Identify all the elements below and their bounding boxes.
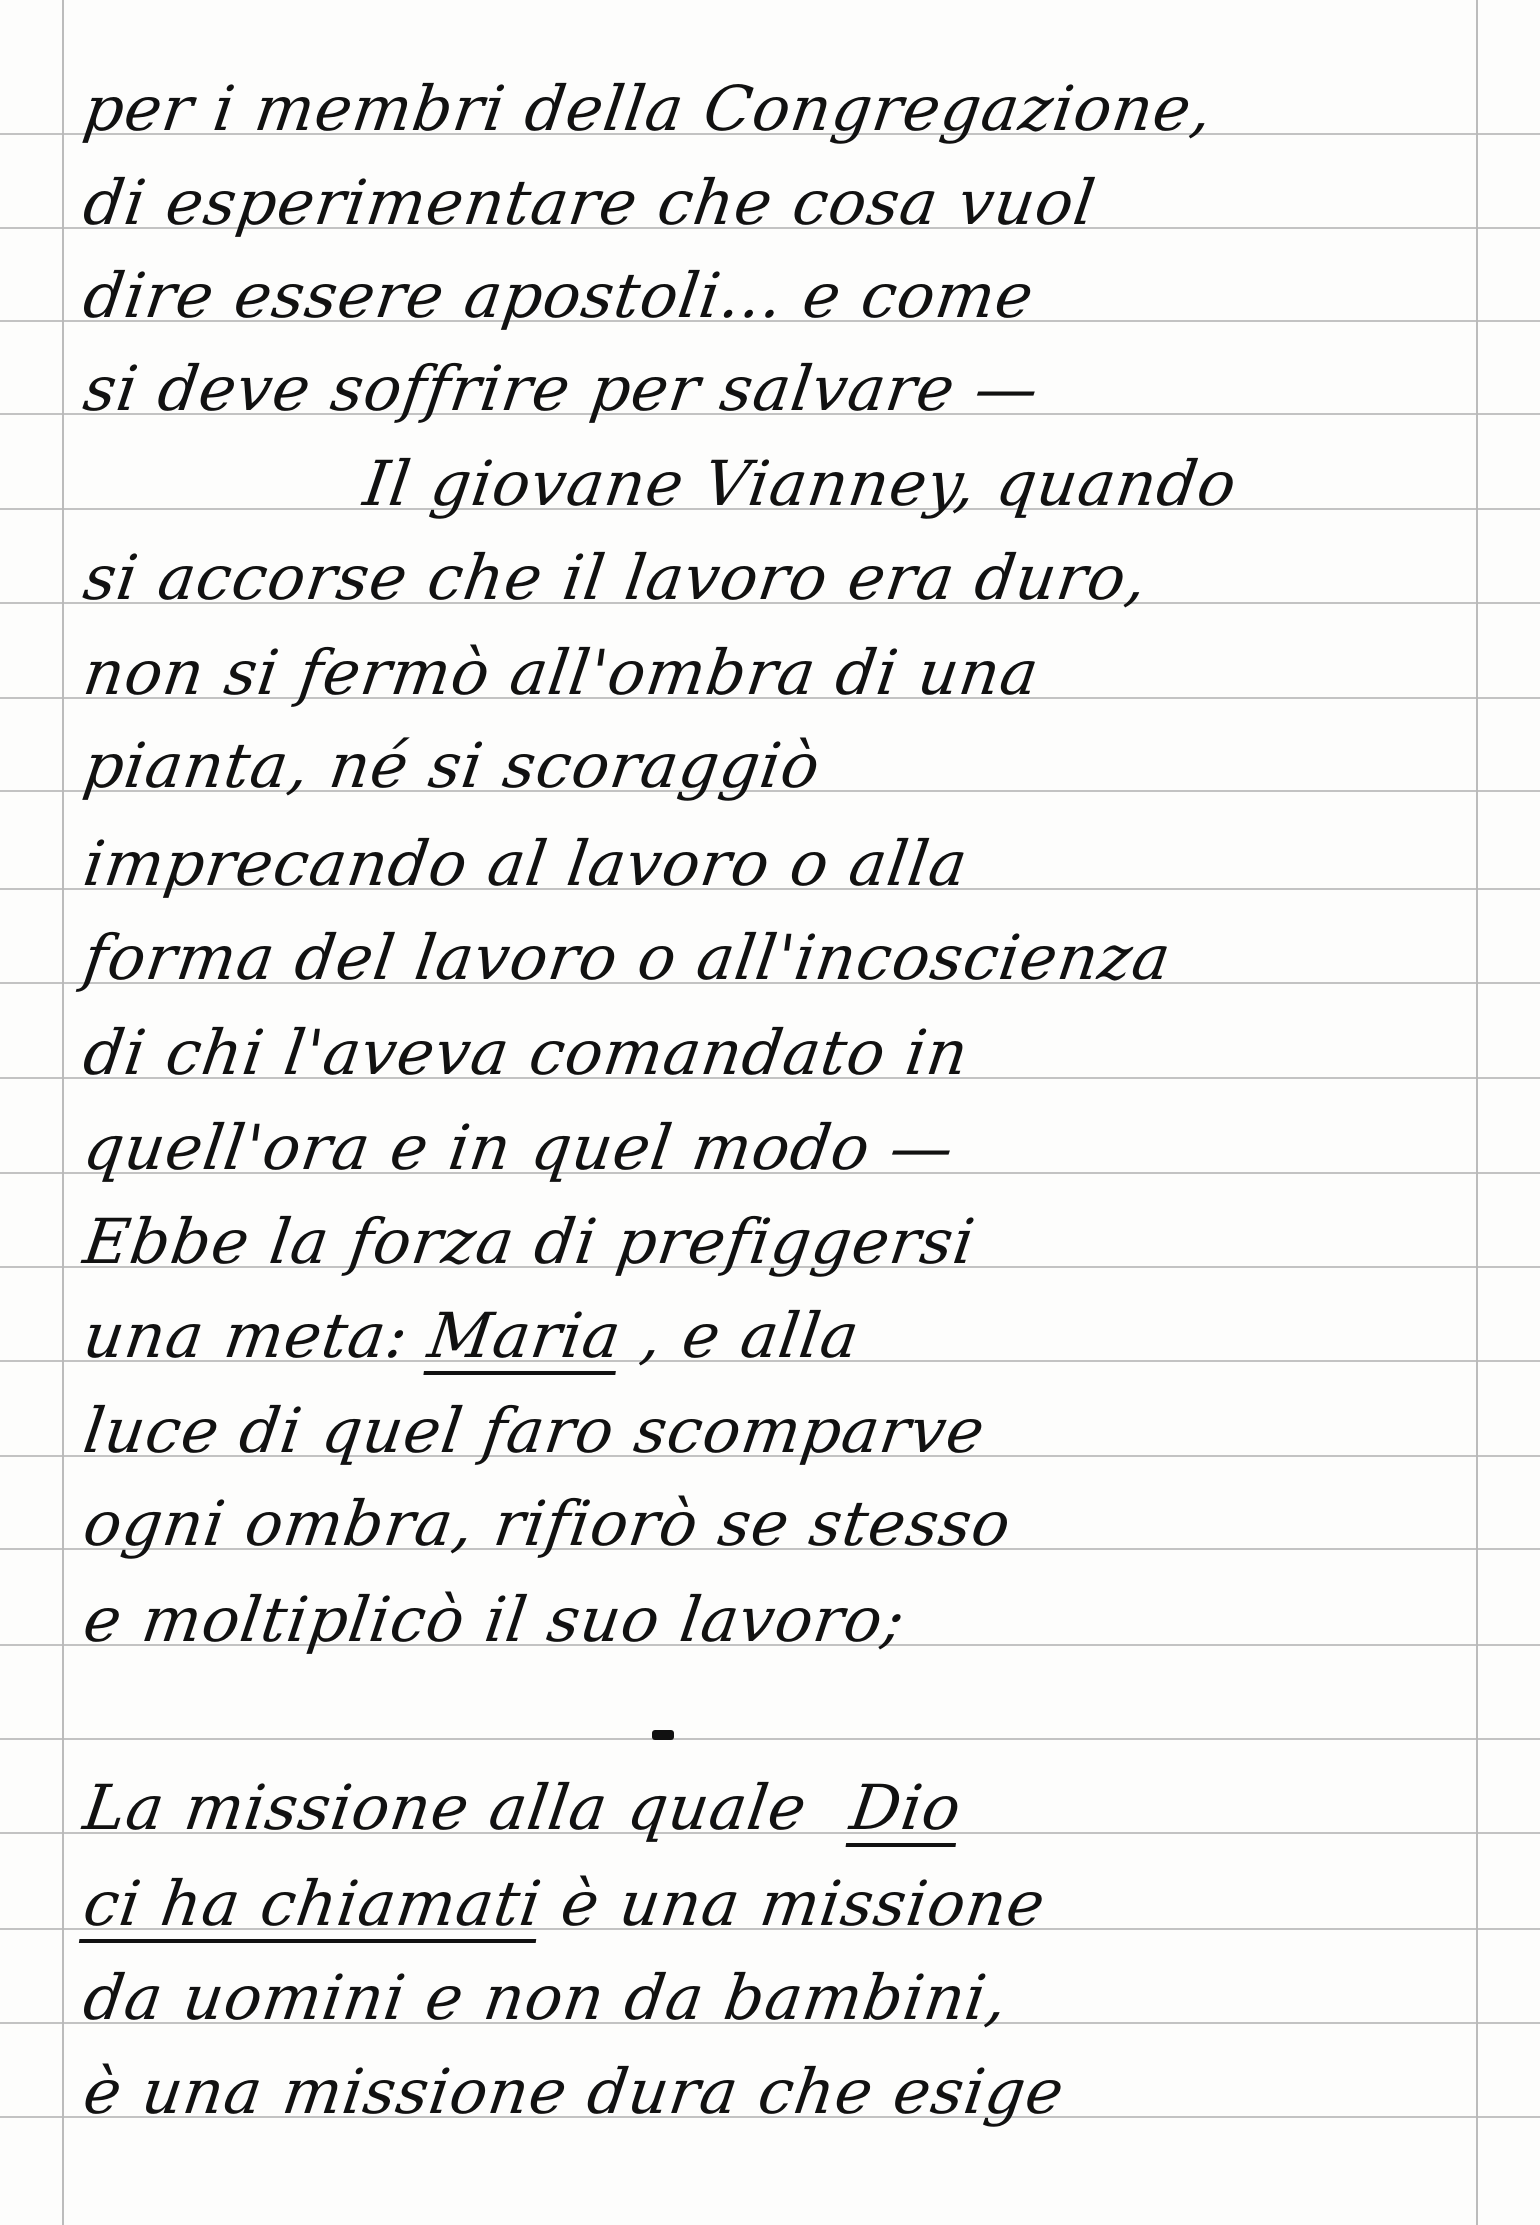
text-line: è una missione dura che esige (80, 2061, 1068, 2123)
underlined-word-dio: Dio (846, 1771, 966, 1844)
left-margin-line (62, 0, 64, 2225)
text-line: pianta, né si scoraggiò (80, 735, 824, 797)
section-separator-mark (652, 1730, 674, 1740)
underlined-word-maria: Maria (424, 1299, 626, 1372)
text-line: non si fermò all'ombra di una (80, 642, 1043, 704)
text-line: si accorse che il lavoro era duro, (80, 547, 1151, 609)
text-line: si deve soffrire per salvare — (80, 358, 1043, 420)
paragraph-start-line: Il giovane Vianney, quando (360, 453, 1241, 515)
text-line: Ebbe la forza di prefiggersi (80, 1211, 979, 1273)
text-line: luce di quel faro scomparve (80, 1400, 989, 1462)
text-line: da uomini e non da bambini, (80, 1967, 1012, 2029)
text-segment: La missione alla quale (79, 1771, 811, 1844)
text-line: ci ha chiamati è una missione (80, 1873, 1049, 1935)
ruled-line (0, 1738, 1540, 1740)
text-segment: , e alla (636, 1299, 864, 1372)
text-line: La missione alla quale Dio (80, 1777, 965, 1839)
text-line: dire essere apostoli... e come (80, 265, 1038, 327)
right-margin-line (1476, 0, 1478, 2225)
text-line: per i membri della Congregazione, (80, 78, 1216, 140)
text-segment: una meta: (79, 1299, 413, 1372)
text-line: una meta: Maria , e alla (80, 1305, 863, 1367)
text-line: imprecando al lavoro o alla (80, 833, 972, 895)
text-line: ogni ombra, rifiorò se stesso (80, 1493, 1015, 1555)
manuscript-page: per i membri della Congregazione, di esp… (0, 0, 1540, 2225)
text-line: di esperimentare che cosa vuol (80, 172, 1099, 234)
text-segment: è una missione (557, 1867, 1050, 1940)
underlined-phrase: ci ha chiamati (79, 1867, 546, 1940)
text-line: e moltiplicò il suo lavoro; (80, 1589, 909, 1651)
text-line: di chi l'aveva comandato in (80, 1022, 972, 1084)
text-line: forma del lavoro o all'incoscienza (80, 927, 1175, 989)
text-line: quell'ora e in quel modo — (80, 1117, 958, 1179)
